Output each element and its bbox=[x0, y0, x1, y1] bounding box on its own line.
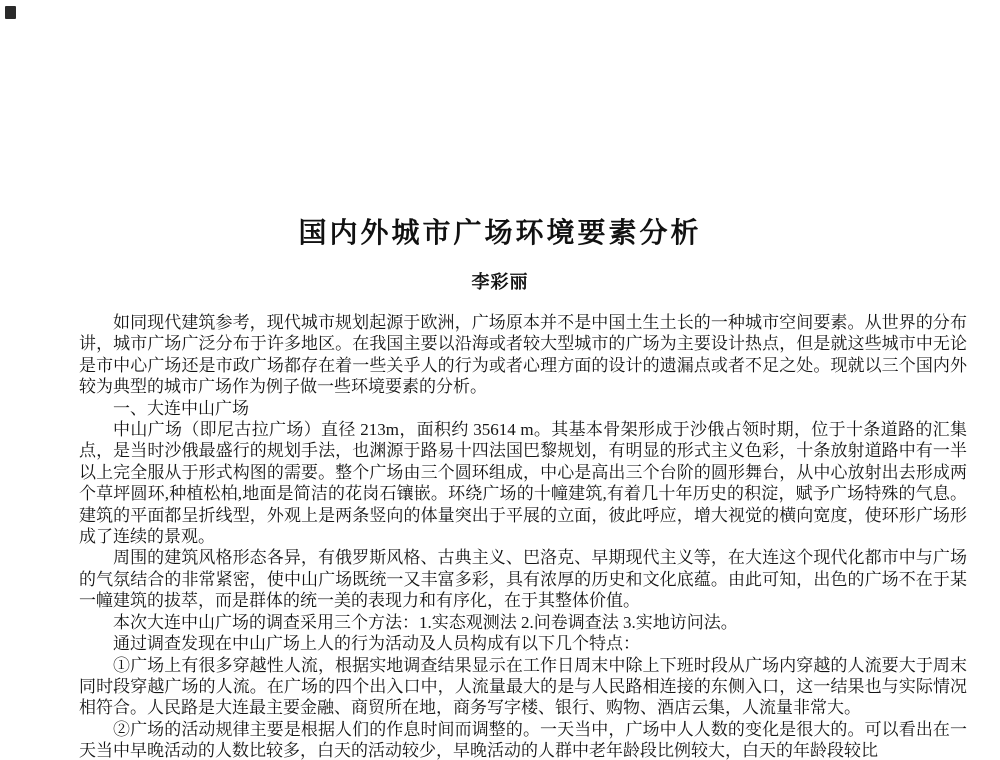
document-body: 如同现代建筑参考，现代城市规划起源于欧洲，广场原本并不是中国土生土长的一种城市空… bbox=[79, 312, 967, 760]
section-heading-zhongshan-square: 一、大连中山广场 bbox=[79, 398, 967, 419]
scan-artifact bbox=[5, 6, 16, 19]
paragraph-survey-methods: 本次大连中山广场的调查采用三个方法：1.实态观测法 2.问卷调查法 3.实地访问… bbox=[79, 612, 967, 633]
paragraph-finding-2: ②广场的活动规律主要是根据人们的作息时间而调整的。一天当中，广场中人人数的变化是… bbox=[79, 719, 967, 760]
paragraph-survey-findings-lead: 通过调查发现在中山广场上人的行为活动及人员构成有以下几个特点： bbox=[79, 633, 967, 654]
paragraph-square-structure: 中山广场（即尼古拉广场）直径 213m，面积约 35614 m。其基本骨架形成于… bbox=[79, 419, 967, 547]
page-title: 国内外城市广场环境要素分析 bbox=[0, 0, 1000, 251]
document-page: 国内外城市广场环境要素分析 李彩丽 如同现代建筑参考，现代城市规划起源于欧洲，广… bbox=[0, 0, 1000, 760]
author-name: 李彩丽 bbox=[0, 268, 1000, 294]
paragraph-finding-1: ①广场上有很多穿越性人流，根据实地调查结果显示在工作日周末中除上下班时段从广场内… bbox=[79, 655, 967, 719]
paragraph-intro: 如同现代建筑参考，现代城市规划起源于欧洲，广场原本并不是中国土生土长的一种城市空… bbox=[79, 312, 967, 398]
paragraph-architecture-styles: 周围的建筑风格形态各异，有俄罗斯风格、古典主义、巴洛克、早期现代主义等，在大连这… bbox=[79, 547, 967, 611]
